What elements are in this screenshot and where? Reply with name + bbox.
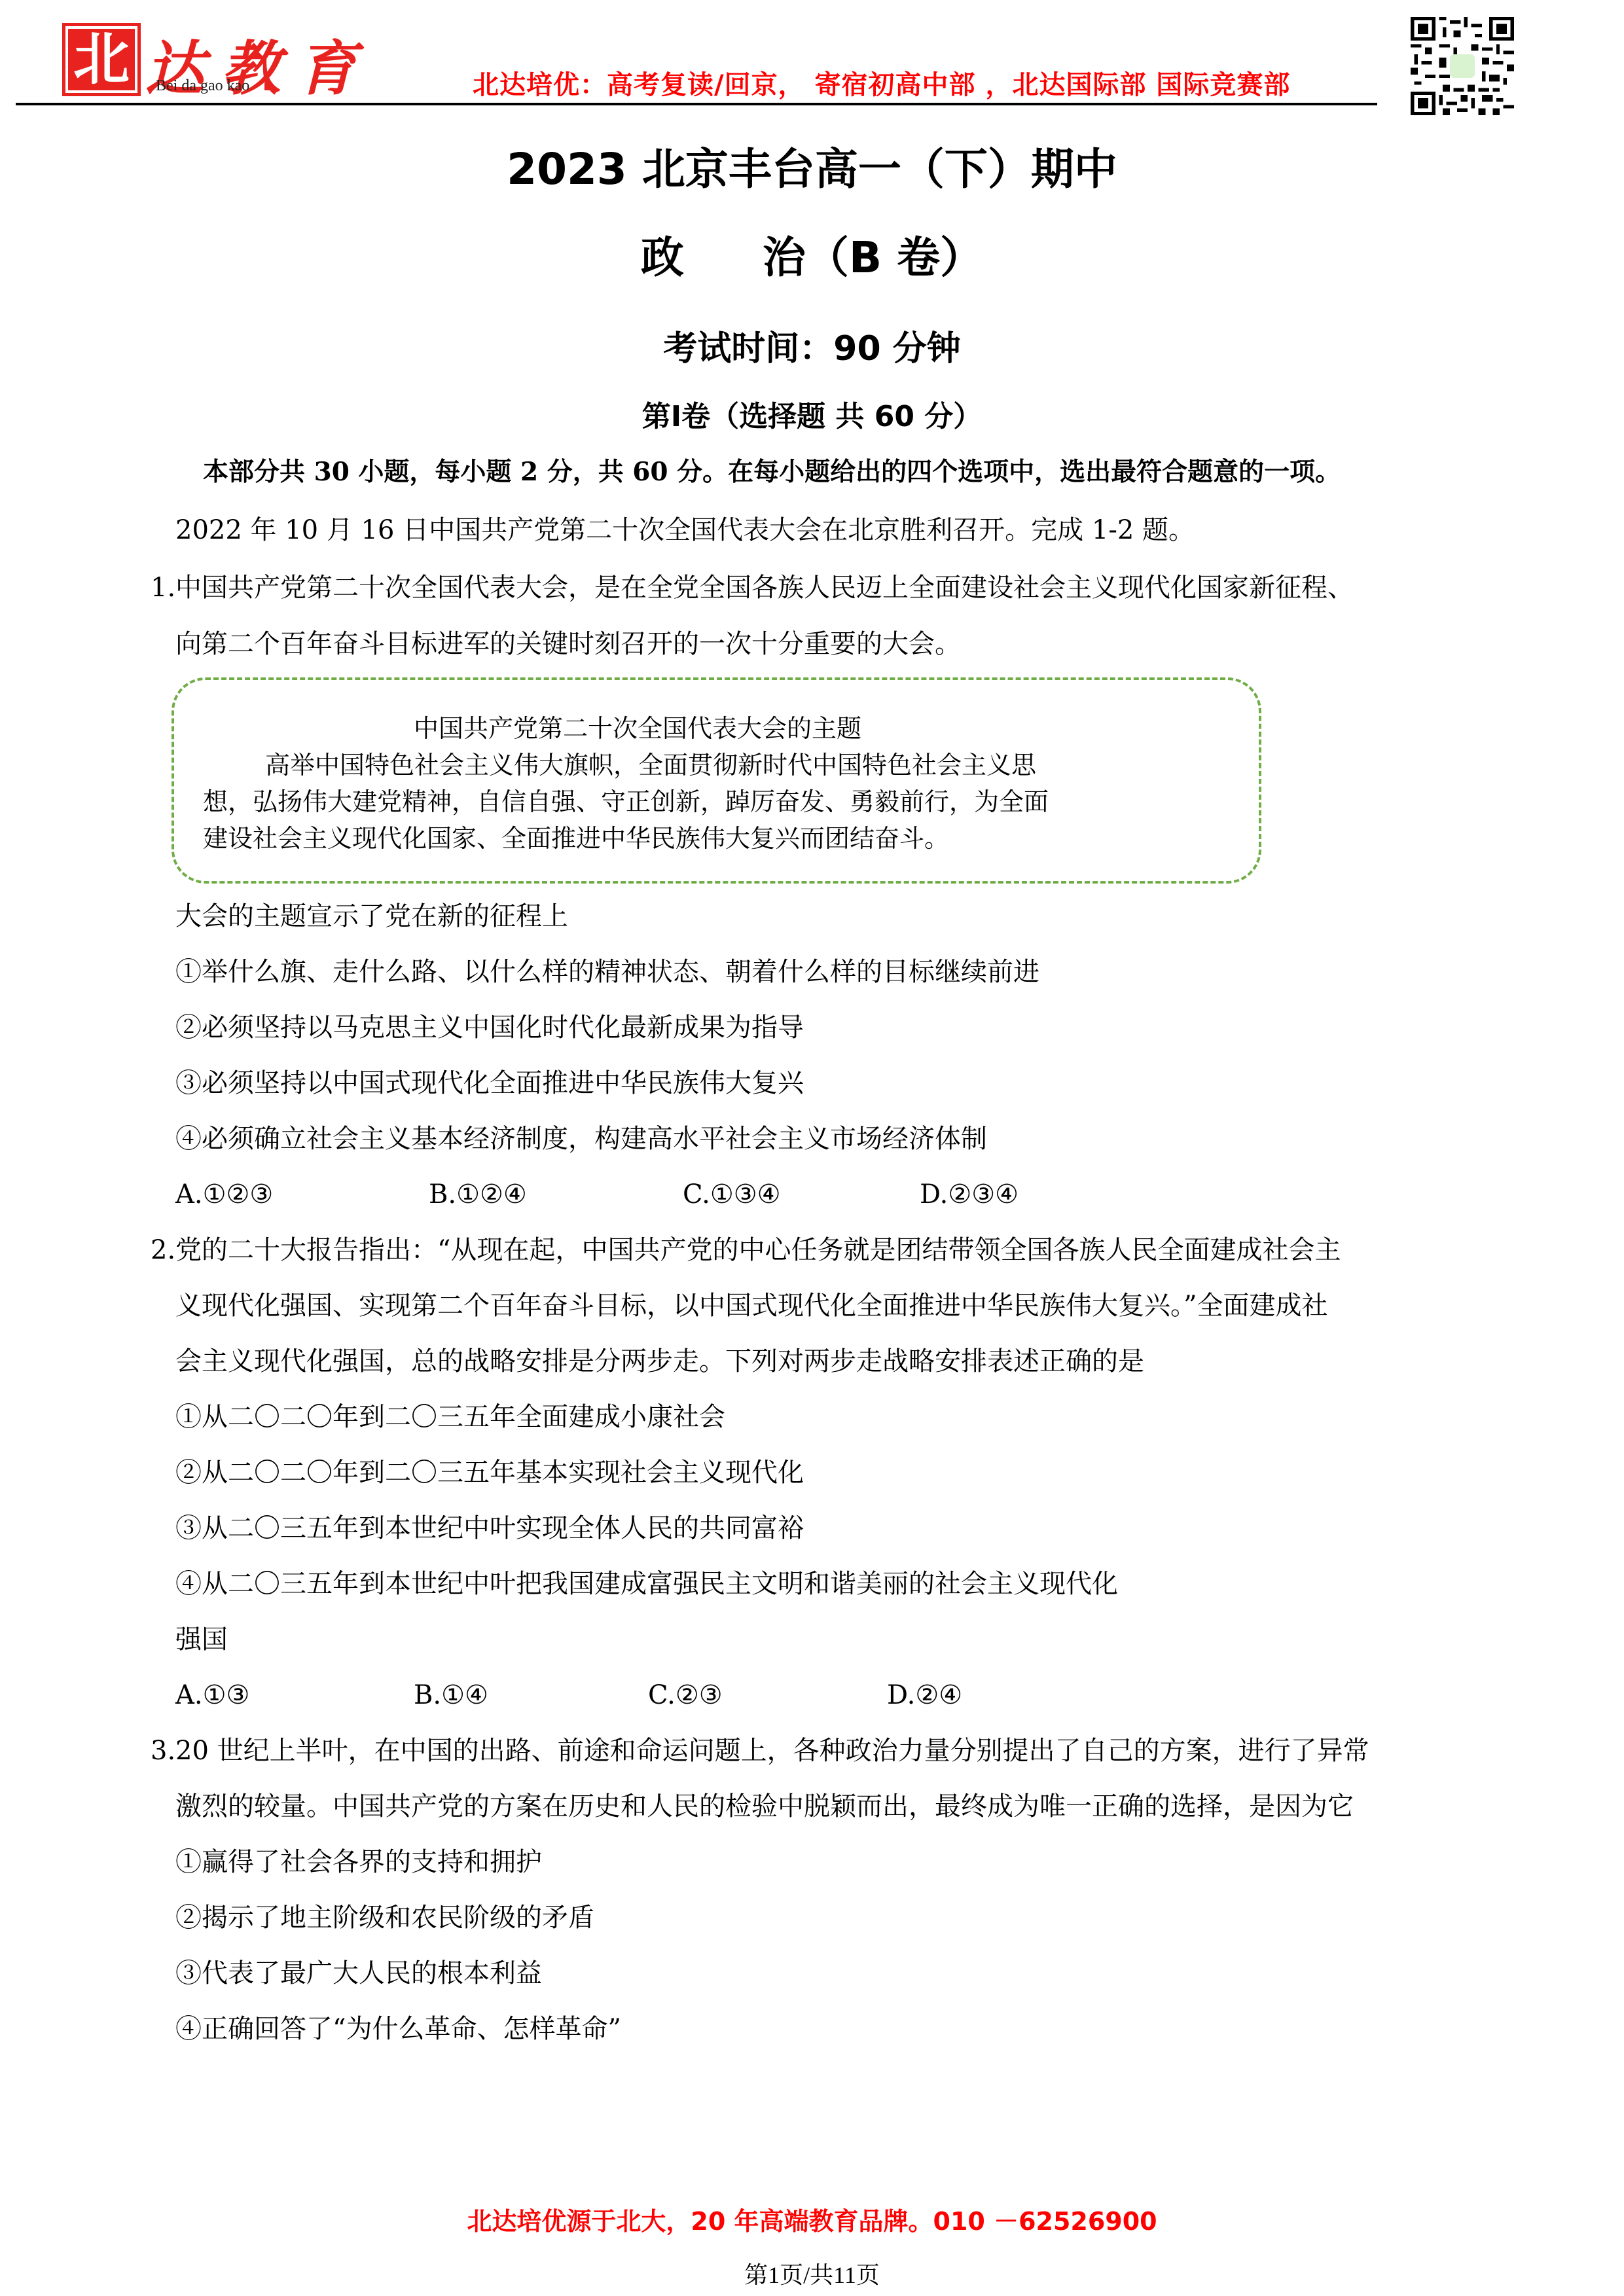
question-2-option-b[interactable]: B.①④ [414,1682,488,1708]
qr-code-icon [1411,17,1514,115]
question-2-stem-line: 义现代化强国、实现第二个百年奋斗目标，以中国式现代化全面推进中华民族伟大复兴。”… [175,1293,1327,1319]
header-slogan: 北达培优：高考复读/回京， 寄宿初高中部 ，北达国际部 国际竞赛部 [473,64,1290,101]
question-3-statement: ①赢得了社会各界的支持和拥护 [175,1849,542,1875]
question-1-statement: ④必须确立社会主义基本经济制度，构建高水平社会主义市场经济体制 [175,1126,987,1152]
subject-title-left: 政 [641,232,684,283]
page-indicator: 第1页/共11页 [0,2257,1624,2290]
question-1-option-b[interactable]: B.①②④ [429,1181,527,1208]
header-divider [16,103,1377,105]
question-1-option-a[interactable]: A.①②③ [175,1181,273,1208]
group-intro: 2022 年 10 月 16 日中国共产党第二十次全国代表大会在北京胜利召开。完… [175,517,1195,543]
subject-title: 政治（B 卷） [0,223,1624,285]
exam-title: 2023 北京丰台高一（下）期中 [0,134,1624,196]
question-1-option-c[interactable]: C.①③④ [683,1181,780,1208]
quote-box-line: 建设社会主义现代化国家、全面推进中华民族伟大复兴而团结奋斗。 [203,818,949,854]
exam-duration: 考试时间：90 分钟 [0,321,1624,370]
question-2-statement: ②从二〇二〇年到二〇三五年基本实现社会主义现代化 [175,1460,804,1486]
question-2-statement: ④从二〇三五年到本世纪中叶把我国建成富强民主文明和谐美丽的社会主义现代化 [175,1571,1118,1597]
question-3-stem-line: 激烈的较量。中国共产党的方案在历史和人民的检验中脱颖而出，最终成为唯一正确的选择… [175,1793,1354,1820]
question-1-stem-line: 中国共产党第二十次全国代表大会，是在全党全国各族人民迈上全面建设社会主义现代化国… [175,575,1354,601]
question-2-statement: ③从二〇三五年到本世纪中叶实现全体人民的共同富裕 [175,1515,804,1541]
question-1-statement: ①举什么旗、走什么路、以什么样的精神状态、朝着什么样的目标继续前进 [175,959,1039,985]
question-3-number: 3. [151,1738,175,1764]
quote-box-title: 中国共产党第二十次全国代表大会的主题 [414,708,861,744]
question-1-option-d[interactable]: D.②③④ [920,1181,1019,1208]
question-3-statement: ②揭示了地主阶级和农民阶级的矛盾 [175,1905,594,1931]
brand-logo-mark: 北 [62,23,141,96]
quote-box-line: 高举中国特色社会主义伟大旗帜，全面贯彻新时代中国特色社会主义思 [265,745,1036,781]
question-2-option-c[interactable]: C.②③ [648,1682,723,1708]
question-2-statement: ①从二〇二〇年到二〇三五年全面建成小康社会 [175,1404,725,1430]
question-2-stem-line: 党的二十大报告指出：“从现在起，中国共产党的中心任务就是团结带领全国各族人民全面… [175,1237,1341,1263]
question-1-number: 1. [151,575,175,601]
question-1-statement: ②必须坚持以马克思主义中国化时代化最新成果为指导 [175,1014,804,1041]
subject-title-right: 治（B 卷） [763,232,983,283]
question-2-number: 2. [151,1237,175,1263]
logo-square-icon [264,82,272,90]
section-instructions: 本部分共 30 小题，每小题 2 分，共 60 分。在每小题给出的四个选项中，选… [203,459,1341,485]
question-3-statement: ③代表了最广大人民的根本利益 [175,1960,542,1986]
brand-logo-subtitle: Bei da gao kao [156,77,249,95]
quote-box-line: 想，弘扬伟大建党精神，自信自强、守正创新，踔厉奋发、勇毅前行，为全面 [203,781,1049,817]
logo-mark-text: 北 [73,31,130,88]
question-2-option-a[interactable]: A.①③ [175,1682,249,1708]
question-3-stem-line: 20 世纪上半叶，在中国的出路、前途和命运问题上，各种政治力量分别提出了自己的方… [175,1738,1369,1764]
question-2-statement-continued: 强国 [175,1626,228,1653]
footer-slogan: 北达培优源于北大，20 年高端教育品牌。010 －62526900 [0,2201,1624,2237]
question-1-stem-line: 向第二个百年奋斗目标进军的关键时刻召开的一次十分重要的大会。 [175,631,961,657]
question-1-prompt: 大会的主题宣示了党在新的征程上 [175,903,568,929]
question-2-option-d[interactable]: D.②④ [887,1682,962,1708]
question-1-statement: ③必须坚持以中国式现代化全面推进中华民族伟大复兴 [175,1070,804,1096]
section-heading: 第Ⅰ卷（选择题 共 60 分） [0,393,1624,435]
question-2-stem-line: 会主义现代化强国，总的战略安排是分两步走。下列对两步走战略安排表述正确的是 [175,1348,1144,1374]
question-3-statement: ④正确回答了“为什么革命、怎样革命” [175,2016,621,2042]
